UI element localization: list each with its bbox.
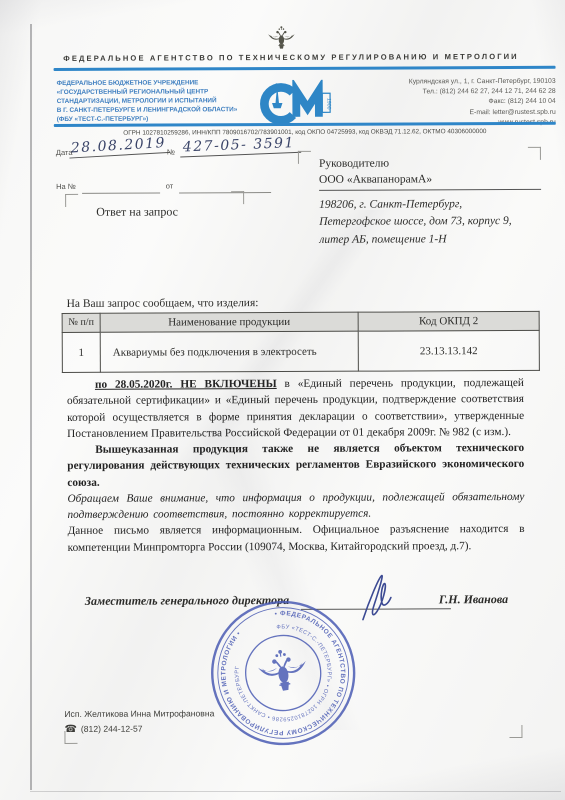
subject-line: Ответ на запрос [96,204,178,219]
corner-mark [65,194,78,207]
table-row: 1 Аквариумы без подключения в электросет… [62,330,539,372]
paragraph-notice: Обращаем Ваше внимание, что информация о… [67,489,524,524]
col-header-okpd: Код ОКПД 2 [358,311,539,331]
cell-product-name: Аквариумы без подключения в электросеть [100,331,358,372]
recipient-organization: ООО «АквапанорамА» [319,171,541,190]
corner-mark [298,151,311,164]
ref-date-blank [179,184,271,193]
paragraph-certification: по 28.05.2020г. НЕ ВКЛЮЧЕНЫ в «Единый пе… [67,375,524,442]
corner-mark [231,191,244,204]
corner-mark [64,731,77,744]
contact-block: Курляндская ул., 1, г. Санкт-Петербург, … [331,77,556,129]
handwritten-date: 28.08.2019 [68,135,170,159]
intro-line: На Ваш запрос сообщаем, что изделия: [67,297,259,310]
signer-name: Г.Н. Иванова [439,592,508,607]
cell-okpd-code: 23.13.13.142 [358,330,539,371]
reference-row: На №от [56,175,286,194]
not-included-statement: по 28.05.2020г. НЕ ВКЛЮЧЕНЫ [95,378,277,391]
letter-content: ФЕДЕРАЛЬНОЕ АГЕНТСТВО ПО ТЕХНИЧЕСКОМУ РЕ… [0,0,565,800]
cell-row-number: 1 [62,332,100,372]
agency-title: ФЕДЕРАЛЬНОЕ АГЕНТСТВО ПО ТЕХНИЧЕСКОМУ РЕ… [38,52,543,63]
contact-line: E-mail: letter@rustest.spb.ru [331,107,556,118]
requisites-line: ОГРН 1027810259286, ИНН/КПП 7809016702/7… [54,128,556,137]
address-line: Петергофское шоссе, дом 73, корпус 9, [319,213,541,231]
corner-mark [509,725,522,738]
executor-block: Исп. Желтикова Инна Митрофановна ☎ (812)… [64,707,214,737]
col-header-product: Наименование продукции [100,312,358,332]
paragraph-regulation: Вышеуказанная продукция также не являетс… [67,440,524,491]
executor-phone: (812) 244-12-57 [81,722,143,736]
handwritten-signature [353,571,399,623]
header-rule-top [54,66,556,71]
ref-number-label: На № [56,182,76,191]
letter-body: по 28.05.2020г. НЕ ВКЛЮЧЕНЫ в «Единый пе… [67,375,525,556]
recipient-block: Руководителю ООО «АквапанорамА» 198206, … [319,156,541,249]
scanned-letter-page: ФЕДЕРАЛЬНОЕ АГЕНТСТВО ПО ТЕХНИЧЕСКОМУ РЕ… [0,0,565,800]
double-headed-eagle-icon [263,24,299,54]
ref-number-blank [82,185,160,194]
table-header-row: № п/п Наименование продукции Код ОКПД 2 [62,311,539,332]
official-round-stamp: • ФЕДЕРАЛЬНОЕ АГЕНТСТВО ПО ТЕХНИЧЕСКОМУ … [197,587,369,759]
stamp-eagle-icon [256,647,309,694]
address-line: 198206, г. Санкт-Петербург, [319,196,541,214]
products-table: № п/п Наименование продукции Код ОКПД 2 … [62,311,540,373]
recipient-address: 198206, г. Санкт-Петербург, Петергофское… [319,196,541,249]
handwritten-number: 427-05- 3591 [180,135,302,158]
ref-from-label: от [166,181,173,190]
executor-name: Исп. Желтикова Инна Митрофановна [64,707,214,721]
col-header-number: № п/п [62,313,100,332]
test-spb-logo: 1900 [255,80,333,126]
number-label: № [167,147,175,156]
contact-line: Факс: (812) 244 10 04 [331,97,556,108]
recipient-to: Руководителю [319,158,389,170]
address-line: литер АБ, помещение 1-Н [319,230,541,248]
paragraph-informational: Данное письмо является информационным. О… [68,521,525,556]
organization-name-block: ФЕДЕРАЛЬНОЕ БЮДЖЕТНОЕ УЧРЕЖДЕНИЕ «ГОСУДА… [57,78,275,124]
